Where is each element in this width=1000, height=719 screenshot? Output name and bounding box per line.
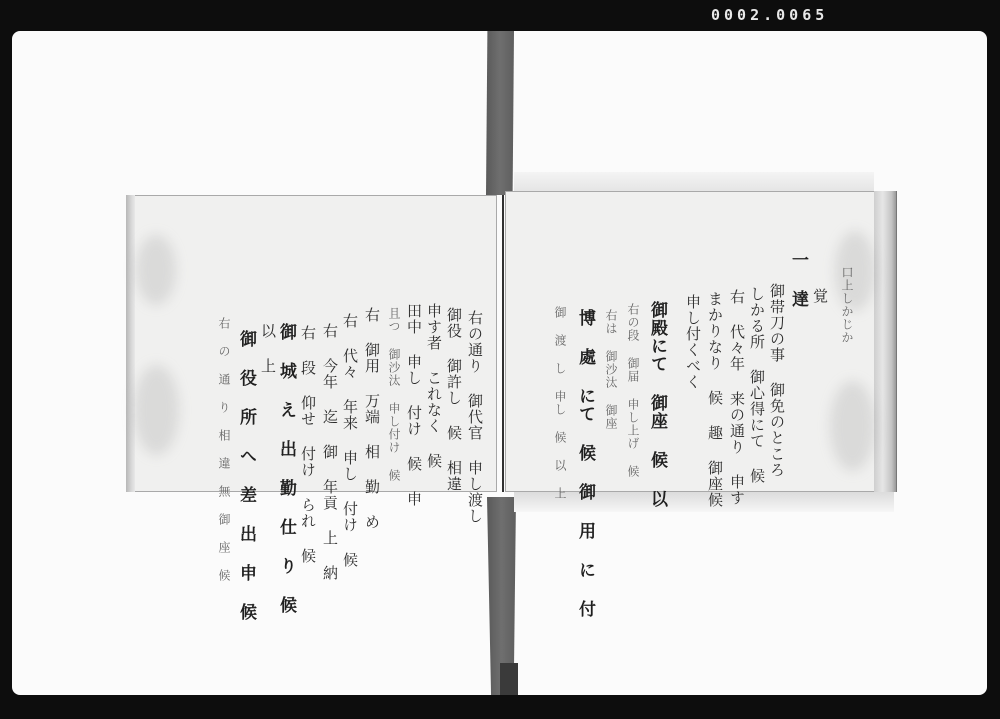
text-column: 御役 御許し 候 相違 (444, 307, 463, 492)
text-column: 右 今年 迄 御 年貢 上 納 (320, 323, 339, 581)
text-column: しかる所 御心得にて 候 (747, 286, 766, 484)
text-column: 申す者 これなく 候 (424, 303, 443, 469)
right-page-edge (874, 191, 897, 492)
strap-clip (500, 663, 518, 695)
text-column: 覚 (810, 288, 829, 304)
book-shadow-bottom (514, 492, 894, 512)
text-column: 口上しかじか (837, 266, 856, 344)
text-column: 右 御用 万端 相 勤 め (362, 307, 381, 530)
text-column: 一 達 (788, 251, 807, 308)
text-column: 且つ 御沙汰 申し付け 候 (384, 307, 403, 482)
binding-strap-top (486, 31, 514, 195)
water-stain (830, 381, 875, 471)
text-column: 田中 申し 付け 候 申 (404, 303, 423, 507)
text-column: 右 の 通 り 相 違 無 御 座 候 (214, 317, 233, 582)
text-column: 御殿にて 御座 候 以 (647, 301, 666, 508)
microfilm-frame-number: 0002.0065 (711, 6, 828, 24)
text-column: 御 城 え 出 勤 仕 り 候 (276, 323, 295, 614)
text-column: 御帯刀の事 御免のところ (767, 283, 786, 478)
text-column: 右は 御沙汰 御座 (601, 309, 620, 430)
text-column: 右 代々年 来の通り 申す (727, 289, 746, 506)
text-column: 御 役 所 へ 差 出 申 候 (236, 330, 255, 621)
water-stain (134, 365, 179, 455)
left-page-edge (126, 195, 135, 492)
text-column: まかりなり 候 趣 御座候 (705, 291, 724, 508)
text-column: 右 段 仰せ 付け られ 候 (298, 325, 317, 564)
text-column: 右 代々 年来 申し 付け 候 (340, 313, 359, 568)
right-page: 口上しかじか 覚 一 達 御帯刀の事 御免のところ しかる所 御心得にて 候 右… (505, 191, 875, 492)
book-spine-gutter (502, 195, 504, 492)
text-column: 御 渡 し 申し 候 以 上 (550, 306, 569, 500)
water-stain (136, 235, 176, 305)
text-column: 博 處 にて 候 御 用 に 付 (575, 309, 594, 618)
left-page: 右の通り 御代官 申し渡し 御役 御許し 候 相違 申す者 これなく 候 田中 … (126, 195, 497, 492)
text-column: 右の通り 御代官 申し渡し (465, 310, 484, 524)
text-column: 申し付くべく (683, 294, 702, 390)
text-column: 以 上 (258, 323, 277, 374)
text-column: 右の段 御届 申し上げ 候 (623, 303, 642, 478)
